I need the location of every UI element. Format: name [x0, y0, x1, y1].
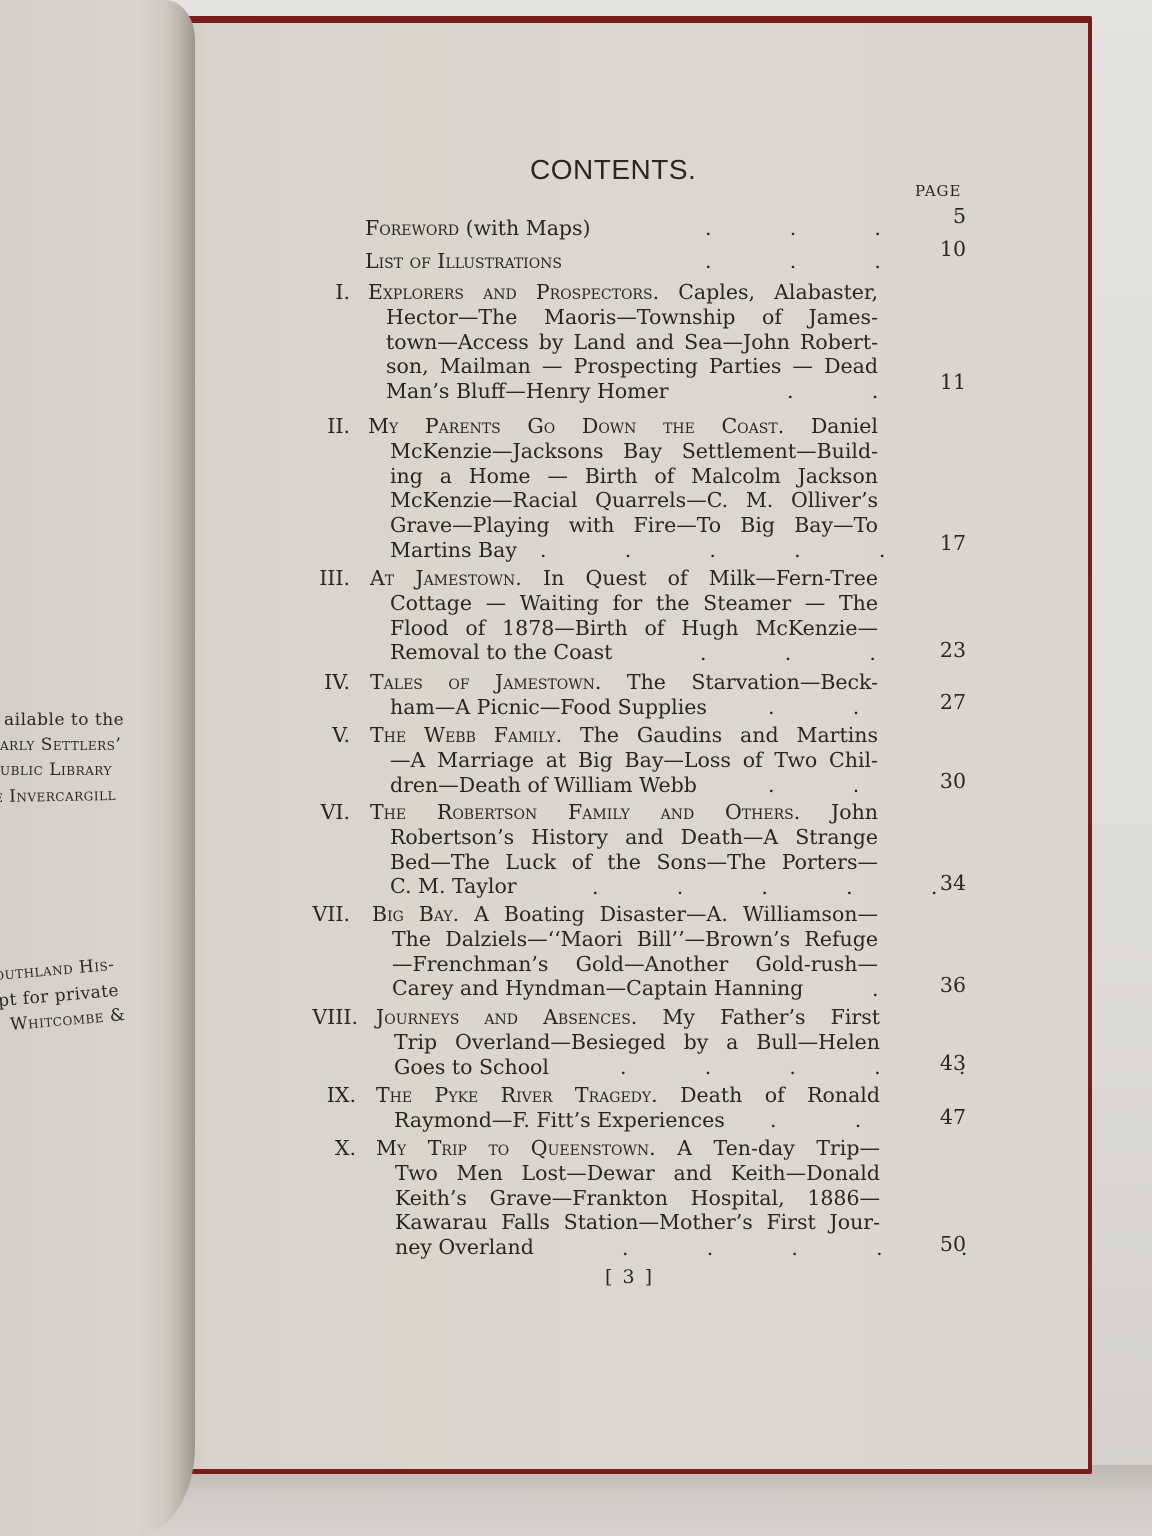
leader-dots: . . .	[700, 641, 876, 666]
leader-dots: . .	[770, 1108, 861, 1133]
page-number: 10	[940, 237, 966, 262]
book-shadow	[150, 1465, 1152, 1536]
folio-page-number: [ 3 ]	[605, 1266, 654, 1288]
page-number: 43	[940, 1051, 966, 1076]
left-page-text-fragment: outhland His-	[0, 955, 115, 985]
leader-dots: . . . . .	[622, 1236, 967, 1261]
chapter-title: At Jamestown.	[370, 566, 522, 590]
page-title: CONTENTS.	[530, 154, 696, 186]
leader-dots: . .	[787, 379, 878, 404]
chapter-title: Explorers and Prospectors.	[368, 280, 659, 304]
chapter-title: The Webb Family.	[370, 723, 562, 747]
page-number: 11	[940, 370, 966, 395]
leader-dots: . . . . .	[540, 538, 885, 563]
chapter-numeral: X.	[300, 1136, 356, 1161]
left-page-text-fragment: ublic Library	[0, 760, 112, 780]
chapter-title: My Trip to Queenstown.	[376, 1136, 656, 1160]
chapter-numeral: V.	[294, 723, 350, 748]
leader-dots: . . . . .	[620, 1055, 965, 1080]
page-number: 23	[940, 638, 966, 663]
page-column-label: PAGE	[915, 182, 961, 200]
chapter-title: Big Bay.	[372, 902, 459, 926]
leader-dots: .	[872, 977, 879, 1002]
chapter-numeral: VII.	[294, 902, 350, 927]
contents-page: CONTENTS. PAGE Foreword (with Maps) . . …	[172, 23, 1088, 1469]
leader-dots: . .	[768, 695, 859, 720]
page-gutter-shadow	[161, 0, 195, 1536]
chapter-title: Journeys and Absences.	[376, 1005, 637, 1029]
page-number: 30	[940, 769, 966, 794]
entry-subtitle: (with Maps)	[466, 216, 591, 240]
left-page-text-fragment: Whitcombe &	[9, 1005, 126, 1035]
left-page-text-fragment: arly Settlers’	[0, 735, 121, 755]
chapter-title: My Parents Go Down the Coast.	[368, 414, 784, 438]
page-number: 17	[940, 531, 966, 556]
leader-dots: . . . . .	[592, 875, 937, 900]
left-page-text-fragment: e Invercargill	[0, 785, 116, 807]
entry-title: List of Illustrations	[365, 249, 562, 273]
chapter-numeral: II.	[294, 414, 350, 439]
page-number: 27	[940, 690, 966, 715]
chapter-title: The Pyke River Tragedy.	[376, 1083, 658, 1107]
page-number: 34	[940, 871, 966, 896]
chapter-title: Tales of Jamestown.	[370, 670, 601, 694]
leader-dots: . . .	[705, 216, 881, 241]
chapter-numeral: III.	[294, 566, 350, 591]
chapter-numeral: IX.	[300, 1083, 356, 1108]
entry-title: Foreword	[365, 216, 459, 240]
left-facing-page: ailable to the arly Settlers’ ublic Libr…	[0, 0, 195, 1536]
page-number: 36	[940, 973, 966, 998]
chapter-numeral: VIII.	[300, 1005, 358, 1030]
page-number: 50	[940, 1232, 966, 1257]
chapter-numeral: IV.	[294, 670, 350, 695]
leader-dots: . .	[768, 773, 859, 798]
chapter-title: The Robertson Family and Others.	[370, 800, 800, 824]
page-number: 47	[940, 1105, 966, 1130]
leader-dots: . . .	[705, 249, 881, 274]
left-page-text-fragment: ailable to the	[4, 710, 124, 730]
chapter-numeral: VI.	[294, 800, 350, 825]
chapter-numeral: I.	[294, 280, 350, 305]
page-number: 5	[953, 204, 966, 229]
